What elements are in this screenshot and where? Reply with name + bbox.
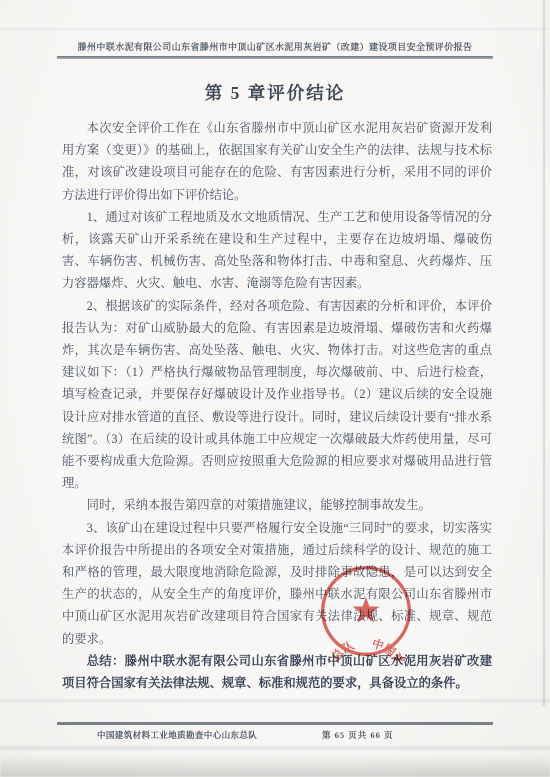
header-rule bbox=[57, 56, 493, 59]
footer-page-number: 第 65 页共 66 页 bbox=[322, 729, 394, 741]
paragraph: 本次安全评价工作在《山东省滕州市中顶山矿区水泥用灰岩矿资源开发利用方案（变更）》… bbox=[62, 117, 492, 206]
footer-organization: 中国建筑材料工业地质勘查中心山东总队 bbox=[97, 729, 257, 741]
scan-streak bbox=[0, 28, 550, 30]
scan-edge-shadow bbox=[0, 755, 550, 777]
paragraph: 总结：滕州中联水泥有限公司山东省滕州市中顶山矿区水泥用灰岩矿改建项目符合国家有关… bbox=[62, 650, 492, 694]
scan-streak bbox=[0, 746, 550, 750]
scan-streak bbox=[0, 699, 550, 702]
paragraph: 同时，采纳本报告第四章的对策措施建议，能够控制事故发生。 bbox=[62, 494, 492, 516]
paragraph: 2、根据该矿的实际条件，经对各项危险、有害因素的分析和评价，本评价报告认为：对矿… bbox=[62, 295, 492, 495]
body-text: 本次安全评价工作在《山东省滕州市中顶山矿区水泥用灰岩矿资源开发利用方案（变更）》… bbox=[62, 117, 492, 694]
chapter-title: 第 5 章评价结论 bbox=[57, 80, 493, 105]
scan-edge-artifact bbox=[543, 0, 545, 706]
paragraph: 3、该矿山在建设过程中只要严格履行安全设施“三同时”的要求，切实落实本评价报告中… bbox=[62, 517, 492, 650]
running-header: 滕州中联水泥有限公司山东省滕州市中顶山矿区水泥用灰岩矿（改建）建设项目安全预评价… bbox=[57, 40, 493, 53]
footer-rule bbox=[57, 722, 493, 725]
scanned-document-page: 滕州中联水泥有限公司山东省滕州市中顶山矿区水泥用灰岩矿（改建）建设项目安全预评价… bbox=[0, 0, 550, 777]
paragraph: 1、通过对该矿工程地质及水文地质情况、生产工艺和使用设备等情况的分析，该露天矿山… bbox=[62, 206, 492, 295]
